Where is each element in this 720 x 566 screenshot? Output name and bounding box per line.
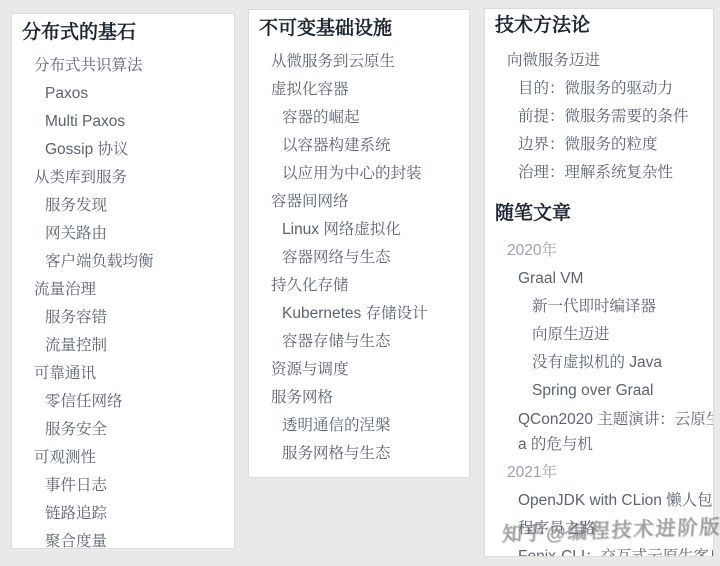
card-distributed-foundation: 分布式的基石 分布式共识算法 Paxos Multi Paxos Gossip …	[11, 13, 235, 549]
year-label: 2021年	[485, 459, 713, 487]
section-title[interactable]: 不可变基础设施	[249, 16, 469, 42]
toc-link[interactable]: 目的：微服务的驱动力	[485, 75, 713, 103]
toc-link[interactable]: 链路追踪	[12, 500, 234, 528]
year-label: 2020年	[485, 237, 713, 265]
section-title[interactable]: 分布式的基石	[12, 20, 234, 46]
toc-link[interactable]: 事件日志	[12, 472, 234, 500]
toc-link[interactable]: Paxos	[12, 80, 234, 108]
toc-link[interactable]: Spring over Graal	[485, 377, 713, 405]
toc-link[interactable]: 网关路由	[12, 220, 234, 248]
toc-link[interactable]: 容器间网络	[249, 188, 469, 216]
toc-link[interactable]: 服务安全	[12, 416, 234, 444]
toc-link[interactable]: 透明通信的涅槃	[249, 412, 469, 440]
toc-link[interactable]: 可靠通讯	[12, 360, 234, 388]
toc-link[interactable]: 向微服务迈进	[485, 47, 713, 75]
section-distributed-foundation: 分布式的基石 分布式共识算法 Paxos Multi Paxos Gossip …	[12, 20, 234, 549]
toc-link[interactable]: Kubernetes 存储设计	[249, 300, 469, 328]
card-immutable-infrastructure: 不可变基础设施 从微服务到云原生 虚拟化容器 容器的崛起 以容器构建系统 以应用…	[248, 9, 470, 478]
toc-link[interactable]: Graal VM	[485, 265, 713, 293]
toc-link[interactable]: 新一代即时编译器	[485, 293, 713, 321]
toc-link[interactable]: QCon2020 主题演讲：云原生时代 a 的危与机	[485, 405, 713, 459]
toc-link[interactable]: 服务网格与生态	[249, 440, 469, 468]
toc-link[interactable]: 向原生迈进	[485, 321, 713, 349]
toc-link[interactable]: 分布式共识算法	[12, 52, 234, 80]
toc-link[interactable]: 容器网络与生态	[249, 244, 469, 272]
toc-link[interactable]: 治理：理解系统复杂性	[485, 159, 713, 187]
toc-link[interactable]: 流量控制	[12, 332, 234, 360]
toc-link[interactable]: 资源与调度	[249, 356, 469, 384]
toc-link[interactable]: 服务网格	[249, 384, 469, 412]
toc-link[interactable]: 零信任网络	[12, 388, 234, 416]
toc-link[interactable]: OpenJDK with CLion 懒人包	[485, 487, 713, 515]
toc-link[interactable]: 可观测性	[12, 444, 234, 472]
toc-link[interactable]: Fenix-CLI：交互式云原生客户端	[485, 543, 713, 557]
section-title[interactable]: 随笔文章	[485, 201, 713, 227]
section-essays: 随笔文章 2020年 Graal VM 新一代即时编译器 向原生迈进 没有虚拟机…	[485, 201, 713, 557]
toc-link[interactable]: 服务发现	[12, 192, 234, 220]
toc-link[interactable]: 容器的崛起	[249, 104, 469, 132]
toc-link[interactable]: 持久化存储	[249, 272, 469, 300]
toc-link[interactable]: 容器存储与生态	[249, 328, 469, 356]
toc-link[interactable]: 以容器构建系统	[249, 132, 469, 160]
card-methodology-and-essays: 技术方法论 向微服务迈进 目的：微服务的驱动力 前提：微服务需要的条件 边界：微…	[484, 8, 714, 557]
toc-link[interactable]: 前提：微服务需要的条件	[485, 103, 713, 131]
toc-link[interactable]: 从微服务到云原生	[249, 48, 469, 76]
section-methodology: 技术方法论 向微服务迈进 目的：微服务的驱动力 前提：微服务需要的条件 边界：微…	[485, 13, 713, 187]
toc-link[interactable]: 没有虚拟机的 Java	[485, 349, 713, 377]
toc-link[interactable]: 流量治理	[12, 276, 234, 304]
toc-link[interactable]: 聚合度量	[12, 528, 234, 549]
toc-link[interactable]: 从类库到服务	[12, 164, 234, 192]
section-immutable-infrastructure: 不可变基础设施 从微服务到云原生 虚拟化容器 容器的崛起 以容器构建系统 以应用…	[249, 16, 469, 468]
toc-link[interactable]: 客户端负载均衡	[12, 248, 234, 276]
toc-link[interactable]: 边界：微服务的粒度	[485, 131, 713, 159]
toc-link[interactable]: 虚拟化容器	[249, 76, 469, 104]
section-title[interactable]: 技术方法论	[485, 13, 713, 39]
toc-link[interactable]: Linux 网络虚拟化	[249, 216, 469, 244]
toc-link[interactable]: 以应用为中心的封装	[249, 160, 469, 188]
toc-link[interactable]: 程序员之路	[485, 515, 713, 543]
toc-link[interactable]: 服务容错	[12, 304, 234, 332]
toc-link[interactable]: Gossip 协议	[12, 136, 234, 164]
toc-link[interactable]: Multi Paxos	[12, 108, 234, 136]
